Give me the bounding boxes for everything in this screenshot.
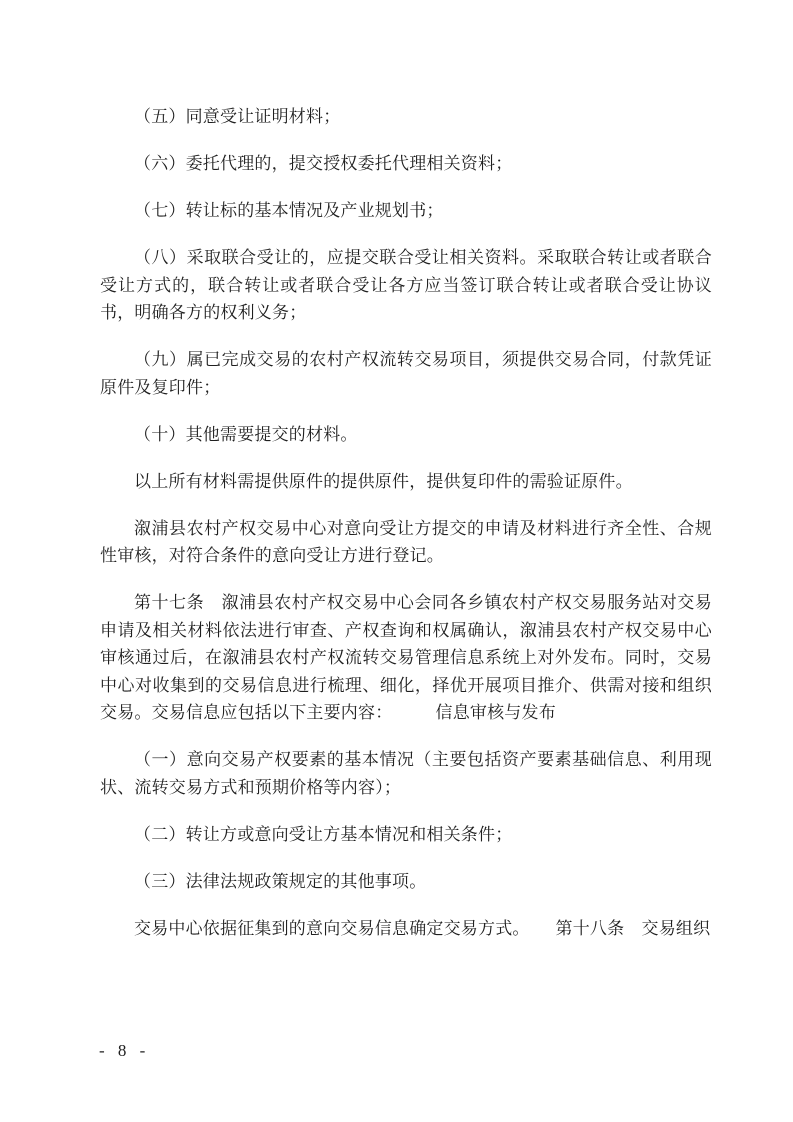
clause-10: （十）其他需要提交的材料。 (100, 421, 712, 449)
clause-6: （六）委托代理的，提交授权委托代理相关资料； (100, 150, 712, 178)
note-original-documents: 以上所有材料需提供原件的提供原件，提供复印件的需验证原件。 (100, 468, 712, 496)
article-17-item-1: （一）意向交易产权要素的基本情况（主要包括资产要素基础信息、利用现状、流转交易方… (100, 746, 712, 801)
document-page: { "colors": { "page_background": "#fffff… (0, 0, 793, 1122)
clause-9: （九）属已完成交易的农村产权流转交易项目，须提供交易合同，付款凭证原件及复印件； (100, 346, 712, 401)
clause-8: （八）采取联合受让的，应提交联合受让相关资料。采取联合转让或者联合受让方式的，联… (100, 244, 712, 327)
document-text-block: （五）同意受让证明材料； （六）委托代理的，提交授权委托代理相关资料； （七）转… (100, 103, 712, 962)
page-number: - 8 - (99, 1037, 148, 1064)
article-18-intro: 交易中心依据征集到的意向交易信息确定交易方式。 第十八条 交易组织 (100, 915, 712, 943)
clause-5: （五）同意受让证明材料； (100, 103, 712, 131)
article-17-item-3: （三）法律法规政策规定的其他事项。 (100, 868, 712, 896)
para-review-registration: 溆浦县农村产权交易中心对意向受让方提交的申请及材料进行齐全性、合规性审核，对符合… (100, 515, 712, 570)
article-17: 第十七条 溆浦县农村产权交易中心会同各乡镇农村产权交易服务站对交易申请及相关材料… (100, 589, 712, 727)
article-17-item-2: （二）转让方或意向受让方基本情况和相关条件； (100, 821, 712, 849)
clause-7: （七）转让标的基本情况及产业规划书； (100, 197, 712, 225)
